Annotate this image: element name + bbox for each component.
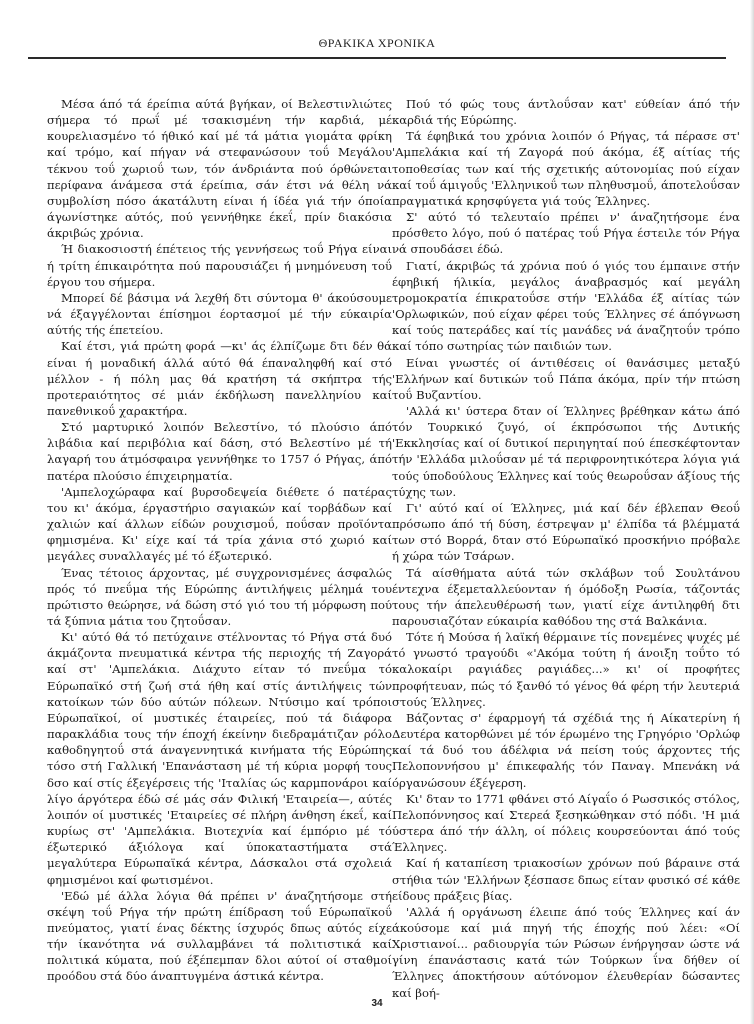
header-rule [28, 57, 726, 59]
paragraph: Ένας τέτοιος άρχοντας, μέ συγχρονισμένες… [47, 565, 392, 630]
paragraph: Καί ή καταπίεση τριακοσίων χρόνων πού βά… [392, 855, 740, 903]
paragraph: Πού τό φώς τους άντλοΰσαν κατ' εύθείαν ά… [392, 96, 740, 128]
page-number: 34 [0, 998, 754, 1009]
paragraph: Κι' δταν το 1771 φθάνει στό Αίγαΐο ό Ρωσ… [392, 791, 740, 856]
right-column: Πού τό φώς τους άντλοΰσαν κατ' εύθείαν ά… [392, 96, 740, 1001]
paragraph: Ή διακοσιοστή έπέτειος τής γεννήσεως τοΰ… [47, 241, 392, 289]
paragraph: Καί έτσι, γιά πρώτη φορά —κι' άς έλπίζωμ… [47, 338, 392, 419]
paragraph: Μπορεί δέ βάσιμα νά λεχθή δτι σύντομα θ'… [47, 290, 392, 338]
paragraph: Στό μαρτυρικό λοιπόν Βελεστίνο, τό πλούσ… [47, 419, 392, 484]
paragraph: Τότε ή Μούσα ή λαϊκή θέρμαινε τίς πονεμέ… [392, 629, 740, 710]
paragraph: Γιατί, άκριβώς τά χρόνια πού ό γιός του … [392, 258, 740, 355]
paragraph: 'Εδώ μέ άλλα λόγια θά πρέπει ν' άναζητήσ… [47, 888, 392, 985]
paragraph: 'Αμπελοχώραφα καί βυρσοδεψεία διέθετε ό … [47, 484, 392, 565]
paragraph: Τά έφηβικά του χρόνια λοιπόν ό Ρήγας, τά… [392, 128, 740, 209]
left-column: Μέσα άπό τά έρείπια αύτά βγήκαν, οί Βελε… [47, 96, 392, 985]
paragraph: Μέσα άπό τά έρείπια αύτά βγήκαν, οί Βελε… [47, 96, 392, 241]
paragraph: Βάζοντας σ' έφαρμογή τά σχέδιά της ή Αίκ… [392, 710, 740, 791]
paragraph: Γι' αύτό καί οί Έλληνες, μιά καί δέν έβλ… [392, 500, 740, 565]
paragraph: 'Αλλά κι' ύστερα δταν οί Έλληνες βρέθηκα… [392, 403, 740, 500]
paragraph: 'Αλλά ή οργάνωση έλειπε άπό τούς Έλληνες… [392, 904, 740, 1001]
paragraph: Σ' αύτό τό τελευταίο πρέπει ν' άναζητήσο… [392, 209, 740, 257]
running-head-title: ΘΡΑΚΙΚΑ ΧΡΟΝΙΚΑ [0, 36, 754, 51]
scan-edge-shadow [750, 0, 754, 1024]
paragraph: Τά αίσθήματα αύτά τών σκλάβων τοΰ Σουλτά… [392, 565, 740, 630]
paragraph: Είναι γνωστές οί άντιθέσεις οί θανάσιμες… [392, 355, 740, 403]
paragraph: Κι' αύτό θά τό πετύχαινε στέλνοντας τό Ρ… [47, 629, 392, 888]
